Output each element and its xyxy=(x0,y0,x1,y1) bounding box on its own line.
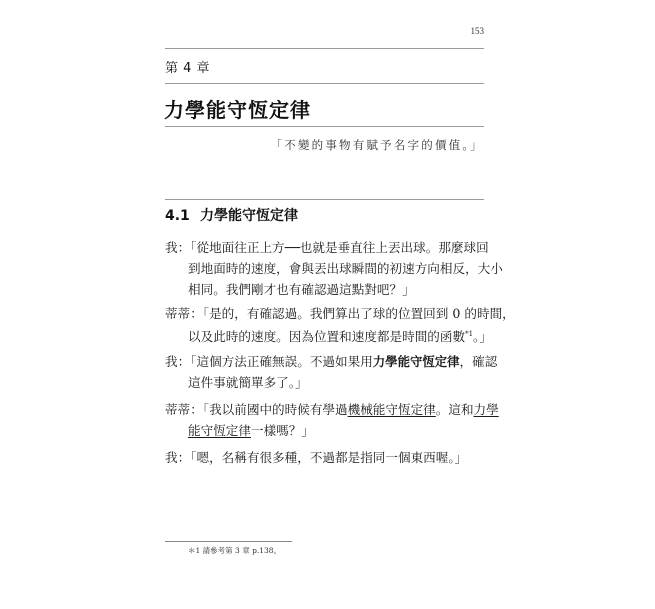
book-page: 153 第 4 章 力學能守恆定律 「不變的事物有賦予名字的價值。」 4.1力學… xyxy=(0,0,655,609)
dialogue-text: 「嗯，名稱有很多種，不過都是指同一個東西喔。」 xyxy=(190,450,467,465)
dialogue-paragraph: 蒂蒂：「是的，有確認過。我們算出了球的位置回到 0 的時間， 以及此時的速度。因… xyxy=(165,303,485,347)
bold-keyword: 力學能守恆定律 xyxy=(373,354,460,369)
dialogue-text: 。這和 xyxy=(436,402,474,417)
dialogue-line: 到地面時的速度，會與丟出球瞬間的初速方向相反，大小 xyxy=(165,258,485,279)
section-rule xyxy=(165,199,484,200)
speaker-label: 蒂蒂： xyxy=(165,402,203,417)
speaker-label: 我： xyxy=(165,240,190,255)
dialogue-line: 我：「從地面往正上方──也就是垂直往上丟出球。那麼球回 xyxy=(165,237,485,258)
dialogue-line: 蒂蒂：「我以前國中的時候有學過機械能守恆定律。這和力學 xyxy=(165,399,485,420)
chapter-label: 第 4 章 xyxy=(165,57,210,76)
dialogue-paragraph: 我：「嗯，名稱有很多種，不過都是指同一個東西喔。」 xyxy=(165,447,485,468)
footnote-reference[interactable]: *1 xyxy=(465,330,473,338)
speaker-label: 我： xyxy=(165,450,190,465)
dialogue-line: 相同。我們剛才也有確認過這點對吧？」 xyxy=(165,279,485,300)
chapter-title: 力學能守恆定律 xyxy=(164,94,311,123)
underlined-term: 機械能守恆定律 xyxy=(348,402,436,417)
dialogue-text: 。」 xyxy=(473,329,492,344)
dialogue-text: 一樣嗎？」 xyxy=(251,423,314,438)
dialogue-text: 「這個方法正確無誤。不過如果用 xyxy=(190,354,373,369)
section-title: 力學能守恆定律 xyxy=(200,208,298,224)
dialogue-line: 我：「嗯，名稱有很多種，不過都是指同一個東西喔。」 xyxy=(165,447,485,468)
dialogue-text: 「從地面往正上方──也就是垂直往上丟出球。那麼球回 xyxy=(190,240,489,255)
dialogue-line: 能守恆定律一樣嗎？」 xyxy=(165,420,485,441)
section-heading: 4.1力學能守恆定律 xyxy=(165,205,298,225)
footnote-rule xyxy=(165,541,292,542)
dialogue-line: 蒂蒂：「是的，有確認過。我們算出了球的位置回到 0 的時間， xyxy=(165,303,485,324)
dialogue-text: ，確認 xyxy=(460,354,498,369)
dialogue-text: 「是的，有確認過。我們算出了球的位置回到 0 的時間， xyxy=(203,306,515,321)
chapter-label-rule xyxy=(165,83,484,84)
underlined-term: 能守恆定律 xyxy=(188,423,251,438)
dialogue-paragraph: 我：「這個方法正確無誤。不過如果用力學能守恆定律，確認 這件事就簡單多了。」 xyxy=(165,351,485,393)
header-rule xyxy=(165,48,484,49)
footnote: ＊1 請參考第 3 章 p.138。 xyxy=(188,545,281,556)
speaker-label: 我： xyxy=(165,354,190,369)
dialogue-paragraph: 蒂蒂：「我以前國中的時候有學過機械能守恆定律。這和力學 能守恆定律一樣嗎？」 xyxy=(165,399,485,441)
dialogue-text: 「我以前國中的時候有學過 xyxy=(203,402,348,417)
dialogue-line: 我：「這個方法正確無誤。不過如果用力學能守恆定律，確認 xyxy=(165,351,485,372)
speaker-label: 蒂蒂： xyxy=(165,306,203,321)
section-number: 4.1 xyxy=(165,208,200,224)
page-number: 153 xyxy=(471,26,485,36)
dialogue-line: 以及此時的速度。因為位置和速度都是時間的函數*1。」 xyxy=(165,324,485,347)
dialogue-line: 這件事就簡單多了。」 xyxy=(165,372,485,393)
chapter-title-rule xyxy=(165,126,484,127)
chapter-epigraph: 「不變的事物有賦予名字的價值。」 xyxy=(271,137,484,153)
dialogue-paragraph: 我：「從地面往正上方──也就是垂直往上丟出球。那麼球回 到地面時的速度，會與丟出… xyxy=(165,237,485,300)
dialogue-text: 以及此時的速度。因為位置和速度都是時間的函數 xyxy=(188,329,465,344)
underlined-term: 力學 xyxy=(474,402,499,417)
